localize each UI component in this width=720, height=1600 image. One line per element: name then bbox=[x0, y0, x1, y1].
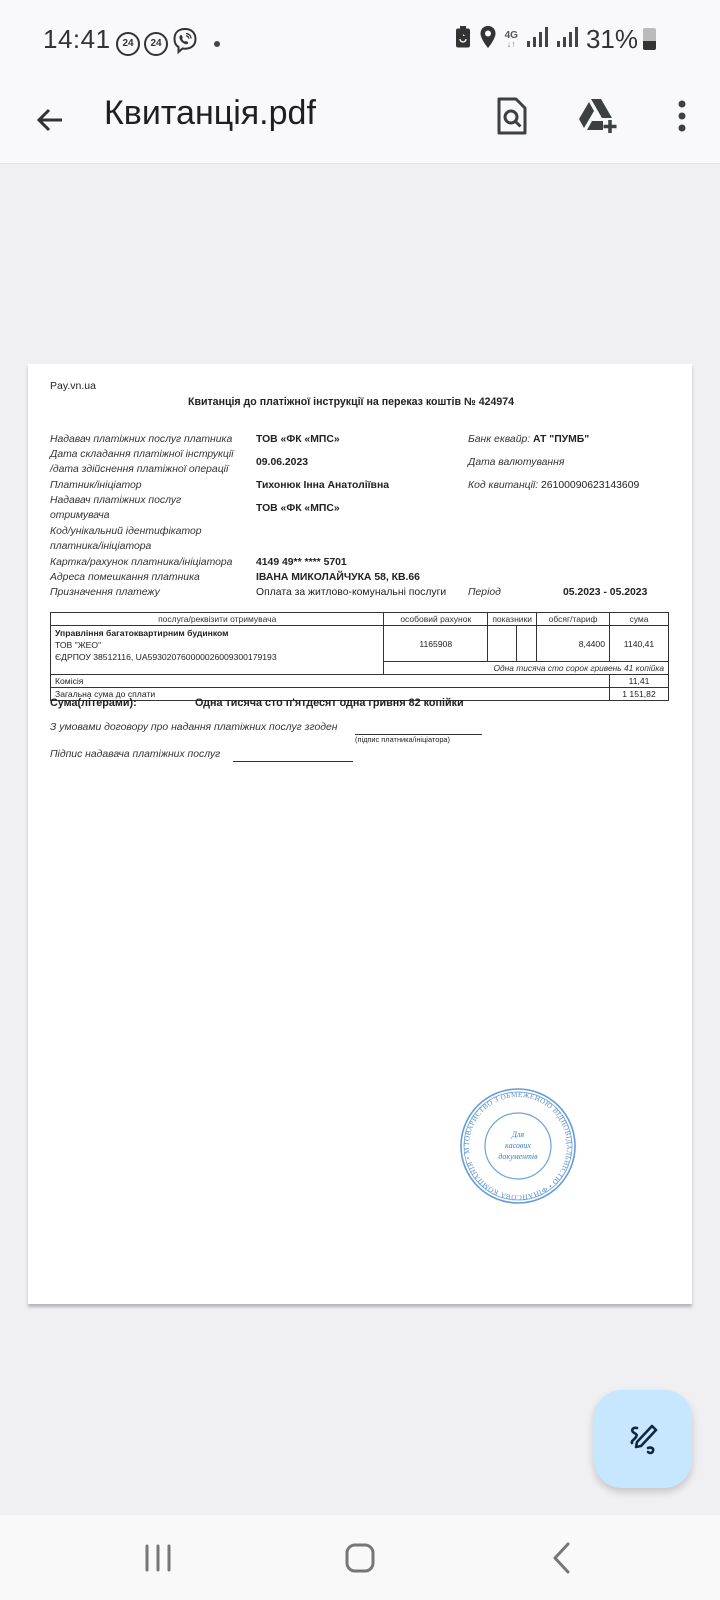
amount-cell: 1140,41 bbox=[610, 626, 669, 662]
payer-label: Платник/ініціатор bbox=[50, 480, 142, 491]
privat24-icon: 24 bbox=[144, 32, 168, 56]
period-value: 05.2023 - 05.2023 bbox=[563, 587, 647, 598]
date-value: 09.06.2023 bbox=[256, 457, 308, 468]
document-title: Квитанція.pdf bbox=[104, 94, 316, 133]
home-icon bbox=[345, 1543, 375, 1573]
status-bar: 14:41 24 24 4G ↓↑ 31% bbox=[0, 0, 720, 80]
header-account: особовий рахунок bbox=[384, 613, 488, 626]
header-amount: сума bbox=[610, 613, 669, 626]
more-notifications-dot bbox=[214, 41, 220, 47]
table-header-row: послуга/реквізити отримувача особовий ра… bbox=[51, 613, 669, 626]
receipt-heading: Квитанція до платіжної інструкції на пер… bbox=[188, 396, 514, 408]
svg-text:касових: касових bbox=[505, 1141, 531, 1150]
provider-signature-label: Підпис надавача платіжних послуг bbox=[50, 749, 220, 760]
recipient-provider-label-2: отримувача bbox=[50, 510, 110, 521]
provider-signature-line bbox=[233, 761, 353, 762]
value-date-label: Дата валютування bbox=[468, 457, 564, 468]
search-document-button[interactable] bbox=[484, 88, 540, 144]
signal-icon bbox=[526, 26, 548, 53]
arrow-back-icon bbox=[34, 104, 66, 136]
svg-text:документів: документів bbox=[498, 1152, 538, 1161]
battery-percent: 31% bbox=[586, 24, 638, 55]
home-button[interactable] bbox=[330, 1533, 390, 1583]
recipient-name: ТОВ "ЖЕО" bbox=[55, 639, 379, 651]
purpose-value: Оплата за житлово-комунальні послуги bbox=[256, 587, 446, 598]
purpose-label: Призначення платежу bbox=[50, 587, 160, 598]
source-site: Pay.vn.ua bbox=[50, 380, 96, 392]
amount-words: Одна тисяча сто сорок гривень 41 копійка bbox=[384, 662, 669, 675]
payer-value: Тихонюк Інна Анатоліївна bbox=[256, 480, 389, 491]
recent-apps-icon bbox=[143, 1544, 173, 1572]
privat24-icon: 24 bbox=[116, 32, 140, 56]
recipient-provider-value: ТОВ «ФК «МПС» bbox=[256, 503, 340, 514]
receipt-code-field: Код квитанції: 26100090623143609 bbox=[468, 480, 639, 491]
recent-apps-button[interactable] bbox=[128, 1533, 188, 1583]
receipt-code-label: Код квитанції: bbox=[468, 480, 538, 491]
readings-cell-2 bbox=[517, 626, 537, 662]
service-name: Управління багатоквартирним будинком bbox=[55, 627, 379, 639]
status-time: 14:41 bbox=[43, 24, 111, 55]
svg-text:Для: Для bbox=[511, 1130, 525, 1139]
stamp-seal-icon: ТОВАРИСТВО З ОБМЕЖЕНОЮ ВІДПОВІДАЛЬНІСТЮ … bbox=[459, 1087, 577, 1205]
annotate-pen-icon bbox=[626, 1422, 660, 1456]
provider-value: ТОВ «ФК «МПС» bbox=[256, 434, 340, 445]
receipt-document: Pay.vn.ua Квитанція до платіжної інструк… bbox=[28, 364, 692, 1304]
recipient-details: ЄДРПОУ 38512116, UA593020760000026009300… bbox=[55, 651, 379, 663]
system-nav-bar bbox=[0, 1515, 720, 1600]
acquirer-label: Банк еквайр: bbox=[468, 434, 530, 445]
account-cell: 1165908 bbox=[384, 626, 488, 662]
notification-icons: 24 24 bbox=[116, 27, 220, 60]
header-tariff: обсяг/тариф bbox=[537, 613, 610, 626]
commission-label: Комісія bbox=[51, 675, 610, 688]
header-service: послуга/реквізити отримувача bbox=[51, 613, 384, 626]
payer-id-label-2: платника/ініціатора bbox=[50, 541, 151, 552]
find-in-page-icon bbox=[496, 96, 528, 136]
network-4g-icon: 4G ↓↑ bbox=[505, 31, 518, 49]
service-cell: Управління багатоквартирним будинком ТОВ… bbox=[51, 626, 384, 675]
location-icon bbox=[479, 25, 497, 54]
provider-label: Надавач платіжних послуг платника bbox=[50, 434, 232, 445]
more-vert-icon bbox=[677, 99, 687, 133]
sum-words-value: Одна тисяча сто п'ятдесят одна гривня 82… bbox=[195, 697, 464, 709]
battery-icon bbox=[643, 28, 656, 50]
tariff-cell: 8,4400 bbox=[537, 626, 610, 662]
readings-cell bbox=[488, 626, 517, 662]
chevron-back-icon bbox=[552, 1542, 572, 1574]
recipient-provider-label: Надавач платіжних послуг bbox=[50, 495, 181, 506]
agreement-text: З умовами договору про надання платіжних… bbox=[50, 722, 338, 733]
battery-saver-icon bbox=[455, 26, 471, 53]
more-options-button[interactable] bbox=[654, 88, 710, 144]
card-label: Картка/рахунок платника/ініціатора bbox=[50, 557, 232, 568]
drive-add-icon bbox=[577, 98, 619, 134]
company-stamp: ТОВАРИСТВО З ОБМЕЖЕНОЮ ВІДПОВІДАЛЬНІСТЮ … bbox=[459, 1087, 577, 1205]
sum-words-label: Сума(літерами): bbox=[50, 697, 137, 709]
address-value: ІВАНА МИКОЛАЙЧУКА 58, КВ.66 bbox=[256, 572, 420, 583]
commission-value: 11,41 bbox=[610, 675, 669, 688]
pdf-page[interactable]: Pay.vn.ua Квитанція до платіжної інструк… bbox=[28, 364, 692, 1304]
payer-signature-caption: (підпис платника/ініціатора) bbox=[355, 735, 450, 744]
system-status-icons: 4G ↓↑ 31% bbox=[455, 24, 658, 55]
period-label: Період bbox=[468, 587, 501, 598]
address-label: Адреса помешкання платника bbox=[50, 572, 200, 583]
acquirer-field: Банк еквайр: АТ "ПУМБ" bbox=[468, 434, 589, 445]
date-label: Дата складання платіжної інструкції bbox=[50, 449, 233, 460]
total-value: 1 151,82 bbox=[610, 688, 669, 701]
services-table: послуга/реквізити отримувача особовий ра… bbox=[50, 612, 669, 701]
nav-back-button[interactable] bbox=[532, 1533, 592, 1583]
receipt-code-value: 26100090623143609 bbox=[541, 480, 639, 491]
header-readings: показники bbox=[488, 613, 537, 626]
card-value: 4149 49** **** 5701 bbox=[256, 557, 347, 568]
acquirer-value: АТ "ПУМБ" bbox=[533, 434, 589, 445]
add-to-drive-button[interactable] bbox=[570, 88, 626, 144]
viber-icon bbox=[172, 27, 198, 60]
commission-row: Комісія 11,41 bbox=[51, 675, 669, 688]
signal-icon bbox=[556, 26, 578, 53]
date-label-2: /дата здійснення платіжної операції bbox=[50, 464, 228, 475]
annotate-fab[interactable] bbox=[594, 1390, 692, 1488]
back-button[interactable] bbox=[28, 98, 72, 142]
payer-id-label: Код/унікальний ідентифікатор bbox=[50, 526, 202, 537]
table-row: Управління багатоквартирним будинком ТОВ… bbox=[51, 626, 669, 662]
app-bar: Квитанція.pdf bbox=[0, 80, 720, 164]
